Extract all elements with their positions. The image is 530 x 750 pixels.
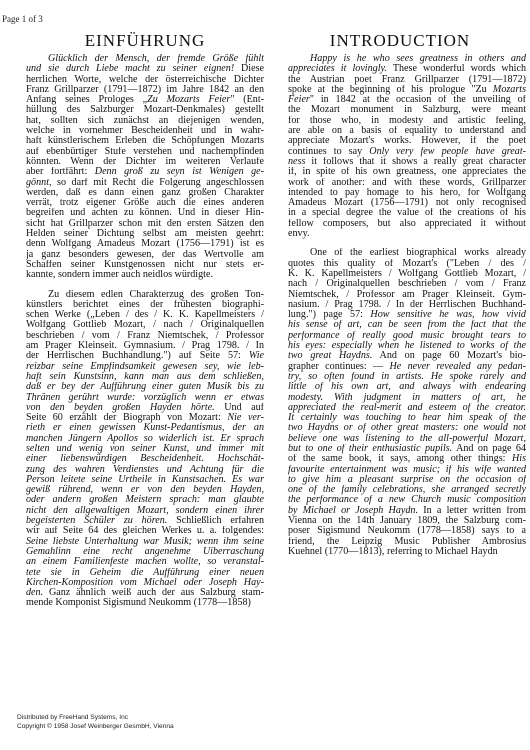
text-line: one of the family celebrations, she arra… [288,485,526,495]
text-line: begeisterten Schüler zu hören. Schließli… [26,516,264,526]
text: haft künstlerischem Erleben die Schöpfun… [26,136,264,146]
italic-text: nicht den allgewaltigen Mozart, sondern … [26,506,264,516]
text-line: Zu diesem edlen Charakterzug des großen … [26,290,264,300]
italic-text: Kirchen-Komposition vom Michael oder Jos… [26,578,264,588]
text-line: lung.") page 57: How sensitive he was, h… [288,310,526,320]
text-line: werden, daß es dann einen ganz großen Ch… [26,188,264,198]
text: it follows that it shows a really great … [305,157,526,167]
text-line: Schaffen seiner Kunstgenossen nicht nur … [26,260,264,270]
text: Zu diesem edlen Charakterzug des großen … [48,290,264,300]
text-line: appreciate Mozart's works. However, if t… [288,136,526,146]
text: künstlers berichtet eines der frühesten … [26,300,264,310]
text-line: gewiß rührend, wenn er von den beyden Ha… [26,485,264,495]
text: Amadeus Mozart (1756—1791) not only reco… [288,198,526,208]
text: for those who, in modesty and artistic f… [288,116,526,126]
italic-text: His [512,454,526,464]
text-line: schen Werke („Leben / des / K. K. Kapell… [26,310,264,320]
text: fellow composers, but also appreciated i… [288,219,526,229]
text-line: den. Ganz ähnlich weiß auch der aus Salz… [26,588,264,598]
italic-text: Mozarts [493,85,526,95]
text-line: fellow composers, but also appreciated i… [288,219,526,229]
italic-text: Thränen gerührt wurde: vorzüglich wenn e… [26,393,264,403]
italic-text: selten und wenig von seiner Kunst, und i… [26,444,264,454]
text-line: two great Haydns. And on page 60 Mozart'… [288,351,526,361]
text-line: Feier" in 1842 at the occasion of the un… [288,95,526,105]
text: verrät, trotz eigener Größe auch die ein… [26,198,264,208]
text-line: künstlers berichtet eines der frühesten … [26,300,264,310]
text-line: auf ebenbürtiger Stufe verstehen und nac… [26,147,264,157]
italic-text: but to one of their enthusiastic pupils. [288,444,452,454]
text: ja ganz besonders gewesen, der das Wertv… [26,250,264,260]
text: " in 1842 at the occasion of the unveili… [310,95,526,105]
text: nach / Originalquellen beschrieben / vom… [288,279,526,289]
text-line: to give him a pleasant surprise on the o… [288,475,526,485]
text: These wonderful words which [387,64,526,74]
text: begreifen und achten zu können. Und in d… [26,208,264,218]
text-line: haft künstlerischem Erleben die Schöpfun… [26,136,264,146]
text: grapher continues: — [288,362,389,372]
text: herrlichen Worte, welche der österreichi… [26,75,264,85]
german-body: Glücklich der Mensch, der fremde Größe f… [26,54,264,609]
italic-text: the performance of a new Church music co… [288,495,526,505]
text: Helden seiner Dichtung selbst am meisten… [26,229,264,239]
text: Schließlich erfahren [167,516,264,526]
italic-text: to give him a pleasant surprise on the o… [288,475,526,485]
text: K. K. Kapellmeisters / Wolfgang Gottlieb… [288,269,526,279]
text-line: little of his own art, and always with e… [288,382,526,392]
footer-distributor: Distributed by FreeHand Systems, Inc [17,713,174,722]
text-line: und sie durch Liebe macht zu seiner eign… [26,64,264,74]
italic-text: Zu Mozarts Feier [147,95,230,105]
text: nasium. / Prag 1798. / In der Herrlische… [288,300,526,310]
german-heading: EINFÜHRUNG [26,30,264,52]
text-line: friend, the Leipzig Music Publisher Ambr… [288,537,526,547]
text-line: in a special degree the value of the cre… [288,208,526,218]
text-line: Gemahlinn eine recht angenehme Uiberrasc… [26,547,264,557]
text: Ganz ähnlich weiß auch der aus Salzburg … [43,588,264,598]
paragraph: Happy is he who sees greatness in others… [288,54,526,239]
text: Niemtschek, / Professor am Prager Kleins… [288,290,526,300]
italic-text: his eyes: especially when he listened to… [288,341,526,351]
italic-text: einer liebenswürdigen Bescheidenheit. Ho… [26,454,264,464]
text: spoke at the beginning of his prologue "… [288,85,493,95]
text-line: Franz Grillparzer (1791—1872) im Jahre 1… [26,85,264,95]
text-line: continues to say Only very few people ha… [288,147,526,157]
text: so darf mit Recht die Folgerung angeschl… [52,178,264,188]
text-line: Helden seiner Dichtung selbst am meisten… [26,229,264,239]
italic-text: modesty. With judgment in matters of art… [288,393,526,403]
german-column: EINFÜHRUNG Glücklich der Mensch, der fre… [26,30,264,609]
text-line: aber fortfährt: Denn groß zu seyn ist We… [26,167,264,177]
text-line: nicht den allgewaltigen Mozart, sondern … [26,506,264,516]
text: aber fortfährt: [26,167,95,177]
text-line: his sense of art, can be seen from the f… [288,320,526,330]
italic-text: try, so often found in artists. He spoke… [288,372,526,382]
text-line: by Michael or Joseph Haydn. In a letter … [288,506,526,516]
text-line: favourite entertainment was music; if hi… [288,465,526,475]
italic-text: Happy is he who sees greatness in others… [310,54,526,64]
italic-text: Person leitete seine Urtheile in Kunstsa… [26,475,264,485]
text-line: kannte, sondern immer auch neidlos würdi… [26,270,264,280]
italic-text: Gemahlinn eine recht angenehme Uiberrasc… [26,547,264,557]
text-line: gönnt, so darf mit Recht die Folgerung a… [26,178,264,188]
text: envy. [288,229,310,239]
text: friend, the Leipzig Music Publisher Ambr… [288,537,526,547]
text-line: two Haydns or of other great masters: on… [288,423,526,433]
text-line: Wolfgang Gottlieb Mozart, / nach / Origi… [26,320,264,330]
text-line: his eyes: especially when he listened to… [288,341,526,351]
text-line: if, in spite of his own greatness, one a… [288,167,526,177]
text-line: an einem Familienfeste machen wollte, so… [26,557,264,567]
italic-text: appreciated the real-merit and esteem of… [288,403,526,413]
text-line: quotes this quality of Mozart's ("Leben … [288,259,526,269]
text-line: herrlichen Worte, welche der österreichi… [26,75,264,85]
italic-text: two Haydns or of other great masters: on… [288,423,526,433]
text: And on page 60 Mozart's bio- [372,351,526,361]
text: Kuehnel (1770—1813), referring to Michae… [288,547,498,557]
text-line: Seite 60 erzählt der Biograph von Mozart… [26,413,264,423]
text-line: tete sie in Geheim die Aufführung einer … [26,568,264,578]
italic-text: gönnt, [26,178,52,188]
text: der Herrlischen Buchhandlung.") auf Seit… [26,351,249,361]
italic-text: How sensitive he was, how vivid [370,310,526,320]
italic-text: reizbar seine Empfindsamkeit gewesen sey… [26,362,264,372]
text-line: for those who, in modesty and artistic f… [288,116,526,126]
text-line: One of the earliest biographical works a… [288,248,526,258]
text: könnten. Wenn der Dichter im weiteren Ve… [26,157,264,167]
text-line: rieth er einen gewissen Kunst-Pedantismu… [26,423,264,433]
text: Franz Grillparzer (1791—1872) im Jahre 1… [26,85,264,95]
text-line: appreciates it lovingly. These wonderful… [288,64,526,74]
text-line: denn Wolfgang Amadeus Mozart (1756—1791)… [26,239,264,249]
text: In a letter written from [418,506,526,516]
text: are able on a basis of equality to under… [288,126,526,136]
text-line: work of another: and with these words, G… [288,178,526,188]
text: sicht hat Grillparzer schon mit den erst… [26,219,264,229]
text-line: haft sein Kunstsinn, kann man aus dem sc… [26,372,264,382]
text-line: daß er bey der Aufführung einer guten Mu… [26,382,264,392]
text-line: intended to pay homage to his hero, for … [288,188,526,198]
italic-text: It certainly was touching to hear him sp… [288,413,526,423]
italic-text: gewiß rührend, wenn er von den beyden Ha… [26,485,264,495]
text: continues to say [288,147,369,157]
italic-text: appreciates it lovingly. [288,64,387,74]
text-line: the Mozart monument in Salzburg, were me… [288,105,526,115]
text-line: are able on a basis of equality to under… [288,126,526,136]
italic-text: Feier [288,95,310,105]
text-line: Anfang seines Prologes „Zu Mozarts Feier… [26,95,264,105]
text: Schaffen seiner Kunstgenossen nicht nur … [26,260,264,270]
english-heading: INTRODUCTION [274,30,526,52]
text-line: Happy is he who sees greatness in others… [288,54,526,64]
italic-text: little of his own art, and always with e… [288,382,526,392]
italic-text: haft sein Kunstsinn, kann man aus dem sc… [26,372,264,382]
footer-copyright: Copyright © 1958 Josef Weinberger GesmbH… [17,722,174,731]
italic-text: one of the family celebrations, she arra… [288,485,526,495]
text-line: zung des wahren Verdienstes und Achtung … [26,465,264,475]
italic-text: Seine liebste Unterhaltung war Musik; we… [26,537,264,547]
text: Seite 60 erzählt der Biograph von Mozart… [26,413,227,423]
text-line: K. K. Kapellmeisters / Wolfgang Gottlieb… [288,269,526,279]
italic-text: believe one was listening to the all-pow… [288,434,526,444]
paragraph: Glücklich der Mensch, der fremde Größe f… [26,54,264,281]
italic-text: performance of really good music brought… [288,331,526,341]
page-indicator: Page 1 of 3 [2,14,43,24]
text-line: ness it follows that it shows a really g… [288,157,526,167]
english-column: INTRODUCTION Happy is he who sees greatn… [288,30,526,557]
italic-text: Wie [249,351,264,361]
text: work of another: and with these words, G… [288,178,526,188]
text: schen Werke („Leben / des / K. K. Kapell… [26,310,264,320]
text-line: spoke at the beginning of his prologue "… [288,85,526,95]
text: poser Sigismund Neukomm (1778—1858) says… [288,526,526,536]
text: Anfang seines Prologes „ [26,95,147,105]
text: hat, sollten sich zunächst an diejenigen… [26,116,264,126]
text: werden, daß es dann einen ganz großen Ch… [26,188,264,198]
text: welche in vornehmer Bescheidenheit und i… [26,126,264,136]
text-line: Thränen gerührt wurde: vorzüglich wenn e… [26,393,264,403]
text-line: grapher continues: — He never revealed a… [288,362,526,372]
text-line: It certainly was touching to hear him sp… [288,413,526,423]
text: in a special degree the value of the cre… [288,208,526,218]
text-line: Seine liebste Unterhaltung war Musik; we… [26,537,264,547]
italic-text: manchen Jüngern Apollos so widerlich ist… [26,434,264,444]
text-line: am Prager Kleinseit. Gymnasium. / Prag 1… [26,341,264,351]
text-line: welche in vornehmer Bescheidenheit und i… [26,126,264,136]
text: lung.") page 57: [288,310,370,320]
text-line: beschrieben / vom / Franz Niemtschek, / … [26,331,264,341]
text: denn Wolfgang Amadeus Mozart (1756—1791)… [26,239,264,249]
text: the Austrian poet Franz Grillparzer (179… [288,75,526,85]
text-line: mende Komponist Sigismund Neukomm (1778—… [26,598,264,608]
text: hüllung des Salzburger Mozart-Denkmales)… [26,105,264,115]
text-line: sicht hat Grillparzer schon mit den erst… [26,219,264,229]
text-line: Vienna on the 14th January 1809, the Sal… [288,516,526,526]
text: wir auf Seite 64 des gleichen Werkes u. … [26,526,264,536]
english-body: Happy is he who sees greatness in others… [288,54,526,557]
text-line: try, so often found in artists. He spoke… [288,372,526,382]
text-line: Amadeus Mozart (1756—1791) not only reco… [288,198,526,208]
text-line: poser Sigismund Neukomm (1778—1858) says… [288,526,526,536]
text: beschrieben / vom / Franz Niemtschek, / … [26,331,264,341]
italic-text: Nie ver- [227,413,264,423]
italic-text: ness [288,157,305,167]
text: Vienna on the 14th January 1809, the Sal… [288,516,526,526]
text: And on page 64 [452,444,526,454]
text-line: nach / Originalquellen beschrieben / vom… [288,279,526,289]
italic-text: He never revealed any pedan- [389,362,526,372]
italic-text: zung des wahren Verdienstes und Achtung … [26,465,264,475]
text-line: modesty. With judgment in matters of art… [288,393,526,403]
text-line: Glücklich der Mensch, der fremde Größe f… [26,54,264,64]
text-line: Niemtschek, / Professor am Prager Kleins… [288,290,526,300]
text-line: ja ganz besonders gewesen, der das Wertv… [26,250,264,260]
text: One of the earliest biographical works a… [310,248,526,258]
text: Diese [234,64,264,74]
text: " (Ent- [230,95,264,105]
paragraph: One of the earliest biographical works a… [288,248,526,557]
text: of the same book, it says, among other t… [288,454,512,464]
text-line: verrät, trotz eigener Größe auch die ein… [26,198,264,208]
text-line: hat, sollten sich zunächst an diejenigen… [26,116,264,126]
text-line: the performance of a new Church music co… [288,495,526,505]
italic-text: daß er bey der Aufführung einer guten Mu… [26,382,264,392]
italic-text: begeisterten Schüler zu hören. [26,516,167,526]
text-line: oder andern großen Meistern sprach: man … [26,495,264,505]
text-line: believe one was listening to the all-pow… [288,434,526,444]
text-line: of the same book, it says, among other t… [288,454,526,464]
italic-text: an einem Familienfeste machen wollte, so… [26,557,264,567]
italic-text: his sense of art, can be seen from the f… [288,320,526,330]
paragraph: Zu diesem edlen Charakterzug des großen … [26,290,264,609]
text: kannte, sondern immer auch neidlos würdi… [26,270,213,280]
text-line: von den beyden großen Hayden hörte. Und … [26,403,264,413]
italic-text: den. [26,588,43,598]
text-line: appreciated the real-merit and esteem of… [288,403,526,413]
text-line: the Austrian poet Franz Grillparzer (179… [288,75,526,85]
text: the Mozart monument in Salzburg, were me… [288,105,526,115]
text: mende Komponist Sigismund Neukomm (1778—… [26,598,251,608]
text-line: der Herrlischen Buchhandlung.") auf Seit… [26,351,264,361]
text-line: könnten. Wenn der Dichter im weiteren Ve… [26,157,264,167]
italic-text: von den beyden großen Hayden hörte. [26,403,215,413]
footer: Distributed by FreeHand Systems, Inc Cop… [17,713,174,731]
italic-text: oder andern großen Meistern sprach: man … [26,495,264,505]
text: intended to pay homage to his hero, for … [288,188,526,198]
text-line: Kuehnel (1770—1813), referring to Michae… [288,547,526,557]
text: am Prager Kleinseit. Gymnasium. / Prag 1… [26,341,264,351]
italic-text: by Michael or Joseph Haydn. [288,506,418,516]
text-line: manchen Jüngern Apollos so widerlich ist… [26,434,264,444]
text-line: selten und wenig von seiner Kunst, und i… [26,444,264,454]
text: auf ebenbürtiger Stufe verstehen und nac… [26,147,264,157]
italic-text: und sie durch Liebe macht zu seiner eign… [26,64,234,74]
text-line: reizbar seine Empfindsamkeit gewesen sey… [26,362,264,372]
italic-text: rieth er einen gewissen Kunst-Pedantismu… [26,423,264,433]
text-line: but to one of their enthusiastic pupils.… [288,444,526,454]
text-line: performance of really good music brought… [288,331,526,341]
text: appreciate Mozart's works. However, if t… [288,136,526,146]
text-line: Person leitete seine Urtheile in Kunstsa… [26,475,264,485]
text: Wolfgang Gottlieb Mozart, / nach / Origi… [26,320,264,330]
text: if, in spite of his own greatness, one a… [288,167,526,177]
italic-text: Glücklich der Mensch, der fremde Größe f… [48,54,264,64]
text-line: hüllung des Salzburger Mozart-Denkmales)… [26,105,264,115]
text: Und auf [215,403,264,413]
italic-text: favourite entertainment was music; if hi… [288,465,526,475]
italic-text: Denn groß zu seyn ist Wenigen ge- [95,167,264,177]
text: quotes this quality of Mozart's ("Leben … [288,259,526,269]
italic-text: two great Haydns. [288,351,372,361]
text-line: envy. [288,229,526,239]
text-line: begreifen und achten zu können. Und in d… [26,208,264,218]
text-line: Kirchen-Komposition vom Michael oder Jos… [26,578,264,588]
italic-text: Only very few people have great- [369,147,526,157]
italic-text: tete sie in Geheim die Aufführung einer … [26,568,264,578]
text-line: wir auf Seite 64 des gleichen Werkes u. … [26,526,264,536]
text-line: nasium. / Prag 1798. / In der Herrlische… [288,300,526,310]
text-line: einer liebenswürdigen Bescheidenheit. Ho… [26,454,264,464]
